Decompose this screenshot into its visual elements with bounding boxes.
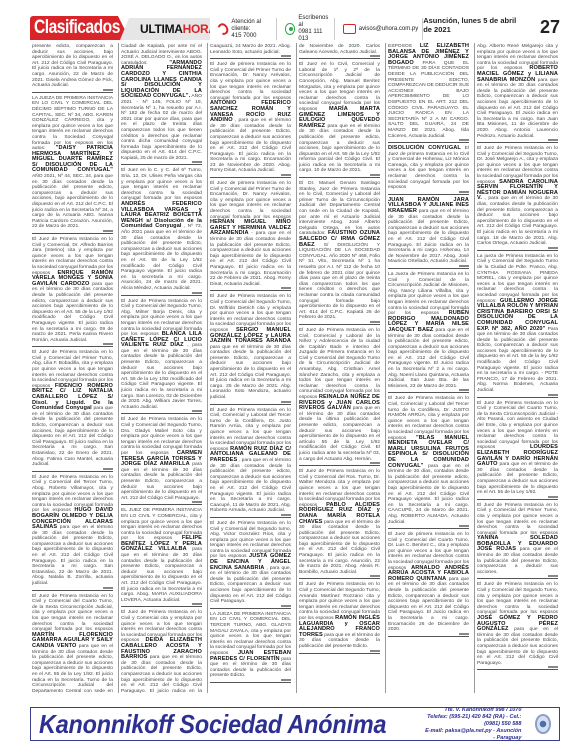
legal-notice: El Juez de Primera Instancia en lo Civil… [32, 236, 113, 347]
legal-notice: El Juez de Primera Instancia en lo Civil… [210, 520, 291, 609]
advertisement-banner: Kanonnikoff Sociedad Anónima Tte. V. Kan… [30, 707, 560, 741]
notice-text: , para que, en el término de 30 días con… [210, 566, 291, 605]
notice-end-mark [281, 287, 291, 289]
notice-text: , para que en el término de 30 días cont… [121, 343, 202, 410]
notice-end-mark [192, 501, 202, 503]
notice-end-mark [192, 292, 202, 294]
legal-notice: El Juez de primera Instancia en lo Civil… [210, 61, 291, 178]
notice-end-mark [281, 605, 291, 607]
notice-parties: DISOLUCIÓN CONYUGAL [388, 145, 461, 151]
legal-notice: El Juez de Primera Instancia en lo Civil… [299, 468, 380, 579]
notice-text: para que en el término de 30 días contad… [32, 644, 113, 693]
notice-text: AÑO 2021 - Nº 145, FOLIO Nº 19, Secretar… [121, 94, 202, 161]
notice-end-mark [281, 401, 291, 403]
publication-date: Asunción, lunes 5 de abril de 2021 [423, 16, 524, 34]
notice-text: Para que en término de 30 días contados … [477, 327, 558, 394]
legal-notice: El Juez de Primera Instancia en lo Civil… [121, 298, 202, 415]
notice-text: LA JUEZA DE PRIMERA INSTANCIA EN LO CIVI… [32, 96, 113, 151]
mail-icon [343, 24, 356, 34]
notice-parties: "ARMANDO ADRIÁN FERNÁNDEZ CARDOZO Y CINT… [121, 60, 202, 100]
column-5: ESPOSOS LIZ ELIZABETH BALANSA DE JIMÉNEZ… [385, 43, 471, 693]
notice-end-mark [370, 55, 380, 57]
notice-end-mark [548, 139, 558, 141]
advertiser-contact: Tte. V. Kanonnikoff 998 / 1070 Telefax: … [425, 707, 522, 742]
notice-end-mark [548, 496, 558, 498]
legal-notice: El Juez de Primera Instancia en lo Civil… [477, 400, 558, 500]
notice-text: El Juez en lo C. y C. del 6º Turno, Sria… [121, 168, 202, 201]
notice-end-mark [192, 161, 202, 163]
notice-end-mark [103, 89, 113, 91]
page-header: Clasificados ULTIMAHORA Atención al clie… [30, 12, 560, 40]
notice-end-mark [370, 462, 380, 464]
legal-notice: La Jueza de Primera Instancia en lo Civi… [388, 271, 469, 393]
legal-notice: El Juez de Primera Instancia en lo Civil… [299, 581, 380, 653]
notice-text: El Dr. Manuel Genaro Santiago Stanley, J… [299, 181, 380, 236]
contact-label: Escríbenos al [298, 15, 328, 28]
legal-notice: LA JUEZA DE PRIMERA INSTANCIA EN LO CIVI… [210, 611, 291, 683]
notice-text: , para que en el término de 30 días cont… [210, 118, 291, 173]
notice-text: , Nº 73, Año 2021 para que en el término… [121, 224, 202, 291]
notice-end-mark [459, 191, 469, 193]
notice-text: S/ DISOLUCIÓN Y LIQUIDACIÓN DE LA SOCIED… [299, 243, 380, 321]
notice-text: para que en el término de 30 días contad… [388, 209, 469, 264]
legal-notice: El Juez de primera Instancia en lo Civil… [388, 531, 469, 637]
notice-text: , para que en el término de 30 días cont… [210, 458, 291, 513]
notice-end-mark [281, 174, 291, 176]
notice-text: AÑO 2021, Nº 44, SEC. 34, para que en 30… [32, 174, 113, 229]
notice-end-mark [548, 247, 558, 249]
notice-text: El Juez de Primera Instancia en lo Civil… [477, 503, 558, 536]
legal-notice: El Juez de Primera Instancia en lo Civil… [32, 349, 113, 471]
notice-end-mark [103, 343, 113, 345]
contact-whatsapp: Escríbenos al0981 111 013 [285, 18, 335, 40]
legal-notice: La jueza de Primera Instancia en lo Civi… [477, 253, 558, 398]
notice-text: para que en el término de 30 días contad… [210, 345, 291, 400]
notice-text: - para que en el término de 30 días cont… [210, 231, 291, 286]
notice-text: para que en el término de 30 días contad… [477, 462, 558, 495]
notice-text: para que en el término de 30 días contad… [32, 525, 113, 586]
legal-notice: JUAN RAMÓN JARA VILLASBOA Y JULIANE INES… [388, 197, 469, 269]
legal-notice: DISOLUCIÓN CONYUGAL El Juez de primera I… [388, 145, 469, 195]
legal-notice: ESPOSOS LIZ ELIZABETH BALANSA DE JIMÉNEZ… [388, 43, 469, 143]
legal-notice: El Juez de primera Instancia en lo Civil… [210, 180, 291, 291]
whatsapp-icon [285, 23, 296, 35]
legal-notice: El Juez de Primera Instancia en lo Civil… [299, 327, 380, 466]
notice-end-mark [370, 575, 380, 577]
notice-end-mark [370, 174, 380, 176]
column-2: Ciudad de Kapiatá, por ante mí el Actuar… [118, 43, 204, 693]
legal-notice: El Juez de Primera Instancia en lo Civil… [388, 395, 469, 529]
column-3: Caaguazú, 24 Marzo de 2021. Abog. Leonar… [207, 43, 293, 693]
notice-text: para que en el término de 30 días contad… [388, 577, 469, 632]
legal-notice: El Juez de Primera Instancia en lo Civil… [477, 581, 558, 670]
notice-text: para que en el término de 30 días contad… [32, 282, 113, 343]
notice-end-mark [103, 468, 113, 470]
contact-value: 0981 111 013 [298, 29, 322, 42]
logo-part-ultima: ULTIMA [140, 22, 183, 36]
notice-end-mark [459, 633, 469, 635]
notice-text: presente edicto, comparezcan a deducir s… [32, 44, 113, 88]
notice-end-mark [103, 230, 113, 232]
notice-text: El Juez en lo Civil, Comercial y Laboral… [299, 62, 380, 112]
notice-end-mark [192, 603, 202, 605]
legal-notice: El Juez en lo C. y C. del 6º Turno, Sria… [121, 167, 202, 295]
advertiser-name: Kanonnikoff Sociedad Anónima [39, 709, 386, 740]
notice-end-mark [192, 410, 202, 412]
notice-text: para que en el término de 30 días contad… [121, 462, 202, 501]
notice-text: para que en el término de 30 días contad… [477, 78, 558, 139]
notice-text: El Juez de Primera Instancia en lo Civil… [477, 582, 558, 615]
logo-part-hora: HORA [183, 22, 217, 36]
notice-text: La jueza de Primera Instancia en lo Civi… [477, 254, 558, 304]
advertiser-address: Tte. V. Kanonnikoff 998 / 1070 [425, 707, 522, 714]
legal-notice: El Juez de Primera Instancia en lo Civil… [32, 593, 113, 693]
notice-text: para que en el término de 30 días contad… [299, 406, 380, 461]
notice-parties: "DAISY PATRICIA HERMOSA MARTÍNEZ Y MIGUE… [32, 145, 113, 173]
column-4: de Noviembre de 2020. Carlos Galeano Ace… [296, 43, 382, 693]
legal-notice: El Juez de Primera Instancia en lo Civil… [210, 407, 291, 518]
legal-notice: El Juez de Primera Instancia en lo Civil… [477, 145, 558, 251]
advertiser-phones: Telefax: (595-21) 420 842 (RA) - Cel.: (… [425, 714, 522, 728]
notice-text: El Juez de primera Instancia en lo Civil… [388, 146, 469, 190]
notice-text: El Juez de Primera Instancia en lo Civil… [477, 401, 558, 451]
legal-notice: El Juez de Primera Instancia en lo Civil… [210, 293, 291, 404]
legal-notice: LA JUEZA DE PRIMERA INSTANCIA EN LO CIVI… [32, 95, 113, 234]
notice-text: , para que en el término de 30 días, con… [477, 196, 558, 246]
contact-email-text: avisos@uhora.com.py [359, 26, 418, 33]
notice-text: para que en el término de 30 días, conta… [388, 464, 469, 525]
notice-end-mark [281, 55, 291, 57]
phone-icon [216, 21, 231, 37]
legal-notice: El Juez en lo Civil, Comercial y Laboral… [299, 61, 380, 178]
contact-label: Atención al cliente: [231, 19, 261, 32]
notice-text: para que en el término de 30 días contad… [299, 520, 380, 575]
notice-end-mark [459, 139, 469, 141]
notice-text: El Juez de primera Instancia en lo Civil… [210, 181, 291, 220]
legal-notice: El Juez de Primera Instancia en lo Civil… [121, 609, 202, 693]
legal-notice: EL JUEZ DE PRIMERA INSTANCIA EN LO CIVIL… [121, 507, 202, 607]
legal-notice: El Juez de Primera Instancia en lo Civil… [32, 474, 113, 591]
legal-notice: Ciudad de Kapiatá, por ante mí el Actuar… [121, 43, 202, 165]
contact-email: avisos@uhora.com.py [343, 18, 423, 40]
notice-text: para que en el término de 30 días contad… [121, 547, 202, 602]
notice-end-mark [281, 514, 291, 516]
page-number: 27 [540, 17, 560, 38]
section-title-banner: Clasificados [30, 16, 130, 40]
notice-end-mark [281, 679, 291, 681]
classifieds-columns: presente edicto, comparezcan a deducir s… [30, 43, 560, 693]
notice-text: para que en el término de 30 días contad… [32, 406, 113, 467]
notice-end-mark [103, 587, 113, 589]
notice-end-mark [370, 650, 380, 652]
notice-end-mark [548, 666, 558, 668]
legal-notice: El Juez de Primera Instancia en lo Civil… [477, 502, 558, 580]
notice-text: para que en el término de 30 días contad… [299, 124, 380, 174]
notice-text: para que en el término de 30 días contad… [477, 627, 558, 666]
advertiser-logo-icon [535, 714, 551, 734]
legal-notice: Abg. Alberto René Melgarejo cita y empla… [477, 43, 558, 143]
section-title: Clasificados [34, 17, 120, 39]
notice-end-mark [548, 575, 558, 577]
notice-text: Caaguazú, 24 Marzo de 2021. Abog. Leonar… [210, 44, 291, 55]
advertiser-email: E-mail: paksa@pla.net.py - Asunción - Pa… [425, 728, 522, 742]
notice-end-mark [370, 321, 380, 323]
notice-end-mark [459, 265, 469, 267]
newspaper-logo: ULTIMAHORA [120, 18, 210, 40]
legal-notice: presente edicto, comparezcan a deducir s… [32, 43, 113, 93]
notice-text: El Juez de Primera Instancia en lo Civil… [299, 328, 380, 400]
notice-text: para que en el término de 30 días contad… [121, 655, 202, 693]
contact-value: 415 7000 [231, 33, 256, 39]
legal-notice: El Juez de Primera Instancia en lo Civil… [121, 416, 202, 505]
notice-text: de Noviembre de 2020. Carlos Galeano Ace… [299, 44, 380, 55]
contact-phone: Atención al cliente:415 7000 [218, 18, 277, 40]
column-1: presente edicto, comparezcan a deducir s… [30, 43, 115, 693]
legal-notice: de Noviembre de 2020. Carlos Galeano Ace… [299, 43, 380, 59]
notice-end-mark [459, 389, 469, 391]
notice-text: El Juez de Primera Instancia en lo Civil… [32, 594, 113, 633]
notice-end-mark [459, 525, 469, 527]
notice-text: para que en el término de 30 días contad… [388, 328, 469, 389]
notice-end-mark [548, 394, 558, 396]
legal-notice: El Dr. Manuel Genaro Santiago Stanley, J… [299, 180, 380, 325]
notice-text: PARA QUE EL TÉRMINO DE 30 DÍAS CONTADOS … [388, 61, 469, 139]
column-6: Abg. Alberto René Melgarejo cita y empla… [474, 43, 560, 693]
legal-notice: Caaguazú, 24 Marzo de 2021. Abog. Leonar… [210, 43, 291, 59]
notice-parties: GUILLERMO JORGE VILLALBA ROLÓN Y MYRIAN … [477, 298, 558, 332]
notice-text: El Juez de primera Instancia en lo Civil… [210, 62, 291, 101]
